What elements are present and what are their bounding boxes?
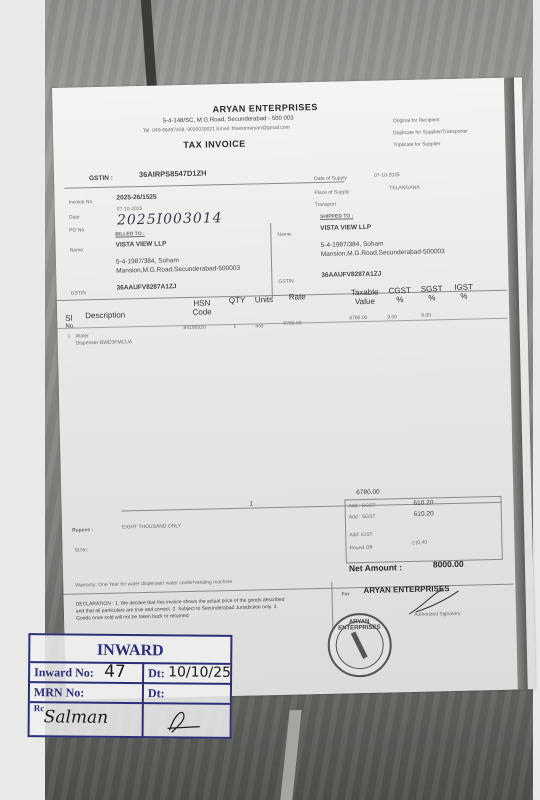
row-description-2: Dispenser-BWD3FMCUA: [76, 339, 133, 346]
gstin-label: GSTIN :: [89, 175, 113, 183]
stamp-divider: [30, 701, 230, 705]
inward-no-label: Inward No:: [34, 665, 94, 681]
shipped-to-address-2: Mansion,M.G.Road,Secunderabad-500003: [321, 248, 445, 258]
stamp-divider: [30, 681, 230, 685]
sl-no-label: Sl.No:: [74, 547, 88, 553]
mrn-no-label: MRN No:: [34, 685, 84, 700]
billed-to-name-label: Name:: [70, 247, 85, 253]
stamp-divider-vertical: [142, 662, 145, 736]
shipped-to-gstin-label: GSTIN: [278, 279, 293, 285]
place-of-supply-label: Place of Supply: [314, 189, 349, 196]
col-taxable: Taxable Value: [347, 288, 383, 307]
divider: [64, 181, 344, 188]
place-of-supply: TELANGANA: [389, 185, 419, 192]
igst-label: Add: IGST: [349, 532, 372, 539]
shipped-to-gstin: 36AAUFV8287A1ZJ: [321, 271, 381, 279]
receiver-signature: [160, 706, 210, 736]
col-sl: Sl: [65, 314, 72, 323]
received-by: Salman: [44, 707, 109, 728]
total-qty: 1: [249, 501, 253, 508]
company-address: 5-4-148/SC, M.G.Road, Secunderabad - 500…: [163, 116, 294, 125]
date-of-supply-label: Date of Supply: [314, 175, 347, 182]
col-rate: Rate: [289, 292, 306, 301]
col-units: Units: [255, 295, 273, 304]
for-label: For: [341, 591, 349, 597]
company-seal: ARYAN ENTERPRISES: [327, 612, 392, 677]
col-igst: IGST %: [451, 282, 477, 301]
divider-vertical: [270, 223, 273, 298]
row-description-1: Water: [76, 333, 89, 339]
declaration-line-3: Goods once sold will not be taken back o…: [76, 613, 189, 622]
rupees-words: EIGHT THOUSAND ONLY: [122, 523, 181, 530]
shipped-to-name: VISTA VIEW LLP: [320, 224, 371, 232]
divider: [57, 318, 507, 329]
seal-center-mark: [351, 632, 368, 659]
billed-to-heading: BILLED TO :: [115, 231, 144, 238]
col-qty: QTY: [229, 296, 246, 305]
copy-label-duplicate: Duplicate for Supplier/Transporter: [393, 129, 468, 137]
date-of-supply: 07-10-2025: [374, 172, 400, 179]
company-contact: Tel: 040-66497438, 9030030021 Email: blu…: [143, 125, 290, 134]
authorized-signatory: Authorized Signatory: [414, 611, 461, 618]
net-amount: 8000.00: [433, 559, 464, 570]
received-label: Rc: [34, 703, 45, 713]
shipped-to-heading: SHIPPED TO :: [320, 213, 353, 220]
subtotal: 6780.00: [356, 489, 380, 497]
po-no-handwritten: 2025I003014: [117, 210, 223, 228]
col-sgst: SGST %: [419, 284, 445, 303]
invoice-no-label: Invoice No.: [69, 199, 94, 206]
net-amount-label: Net Amount :: [349, 562, 402, 573]
col-hsn: HSN Code: [185, 298, 219, 317]
seal-text: ARYAN ENTERPRISES: [329, 618, 389, 631]
inward-no: 47: [104, 662, 126, 682]
row-sl: 1: [68, 334, 71, 340]
row-hsn: 84186920: [183, 325, 205, 332]
sgst-label: Add : SGST: [349, 514, 376, 521]
inward-date: 10/10/25: [168, 664, 231, 681]
rupees-label: Rupees :: [72, 527, 93, 533]
col-description: Description: [85, 310, 125, 320]
date2-label: Dt:: [148, 686, 165, 701]
row-cgst: 9.00: [387, 314, 397, 320]
billed-to-gstin: 36AAUFV8287A1ZJ: [116, 283, 176, 291]
po-no-label: PO No.: [69, 227, 86, 233]
date1-label: Dt:: [148, 666, 165, 681]
row-sgst: 9.00: [421, 312, 431, 318]
sgst-amount: 610.20: [414, 510, 434, 517]
cgst-label: Add : CGST: [349, 503, 376, 510]
shipped-to-address-1: 5-4-1987/384, Soham: [321, 241, 384, 249]
copy-label-original: Original for Recipient: [393, 117, 440, 124]
tax-invoice-document: ARYAN ENTERPRISES 5-4-148/SC, M.G.Road, …: [52, 77, 536, 700]
shipped-to-name-label: Name:: [277, 232, 292, 238]
date-label: Date: [69, 214, 80, 220]
col-cgst: CGST %: [387, 286, 413, 305]
roundoff-label: Round Off: [349, 545, 372, 552]
billed-to-address-1: 5-4-1987/384, Soham: [116, 257, 179, 265]
row-units: nos: [255, 323, 263, 329]
company-name: ARYAN ENTERPRISES: [212, 102, 318, 114]
copy-label-triplicate: Triplicate for Supplier: [393, 141, 440, 148]
billed-to-gstin-label: GSTIN: [71, 290, 86, 296]
inward-stamp: INWARD Inward No: 47 Dt: 10/10/25 MRN No…: [28, 633, 233, 739]
row-qty: 1: [233, 324, 236, 330]
cgst-amount: 610.20: [413, 499, 433, 506]
transport-label: Transport: [315, 202, 336, 208]
row-rate: 6780.00: [283, 320, 301, 326]
invoice-no: 2025-26/1525: [116, 194, 156, 202]
warranty-note: Warranty: One Year for water dispenser/ …: [75, 579, 232, 589]
roundoff-amount: (-)0.40: [412, 540, 427, 546]
surface-light-strip: [280, 710, 301, 800]
row-taxable: 6780.00: [349, 315, 367, 321]
invoice-title: TAX INVOICE: [183, 139, 246, 150]
seller-gstin: 36AIRPS8547D1ZH: [139, 169, 207, 180]
billed-to-name: VISTA VIEW LLP: [116, 240, 167, 248]
stamp-title: INWARD: [30, 641, 230, 661]
billed-to-address-2: Mansion,M.G.Road,Secunderabad-500003: [116, 265, 240, 275]
